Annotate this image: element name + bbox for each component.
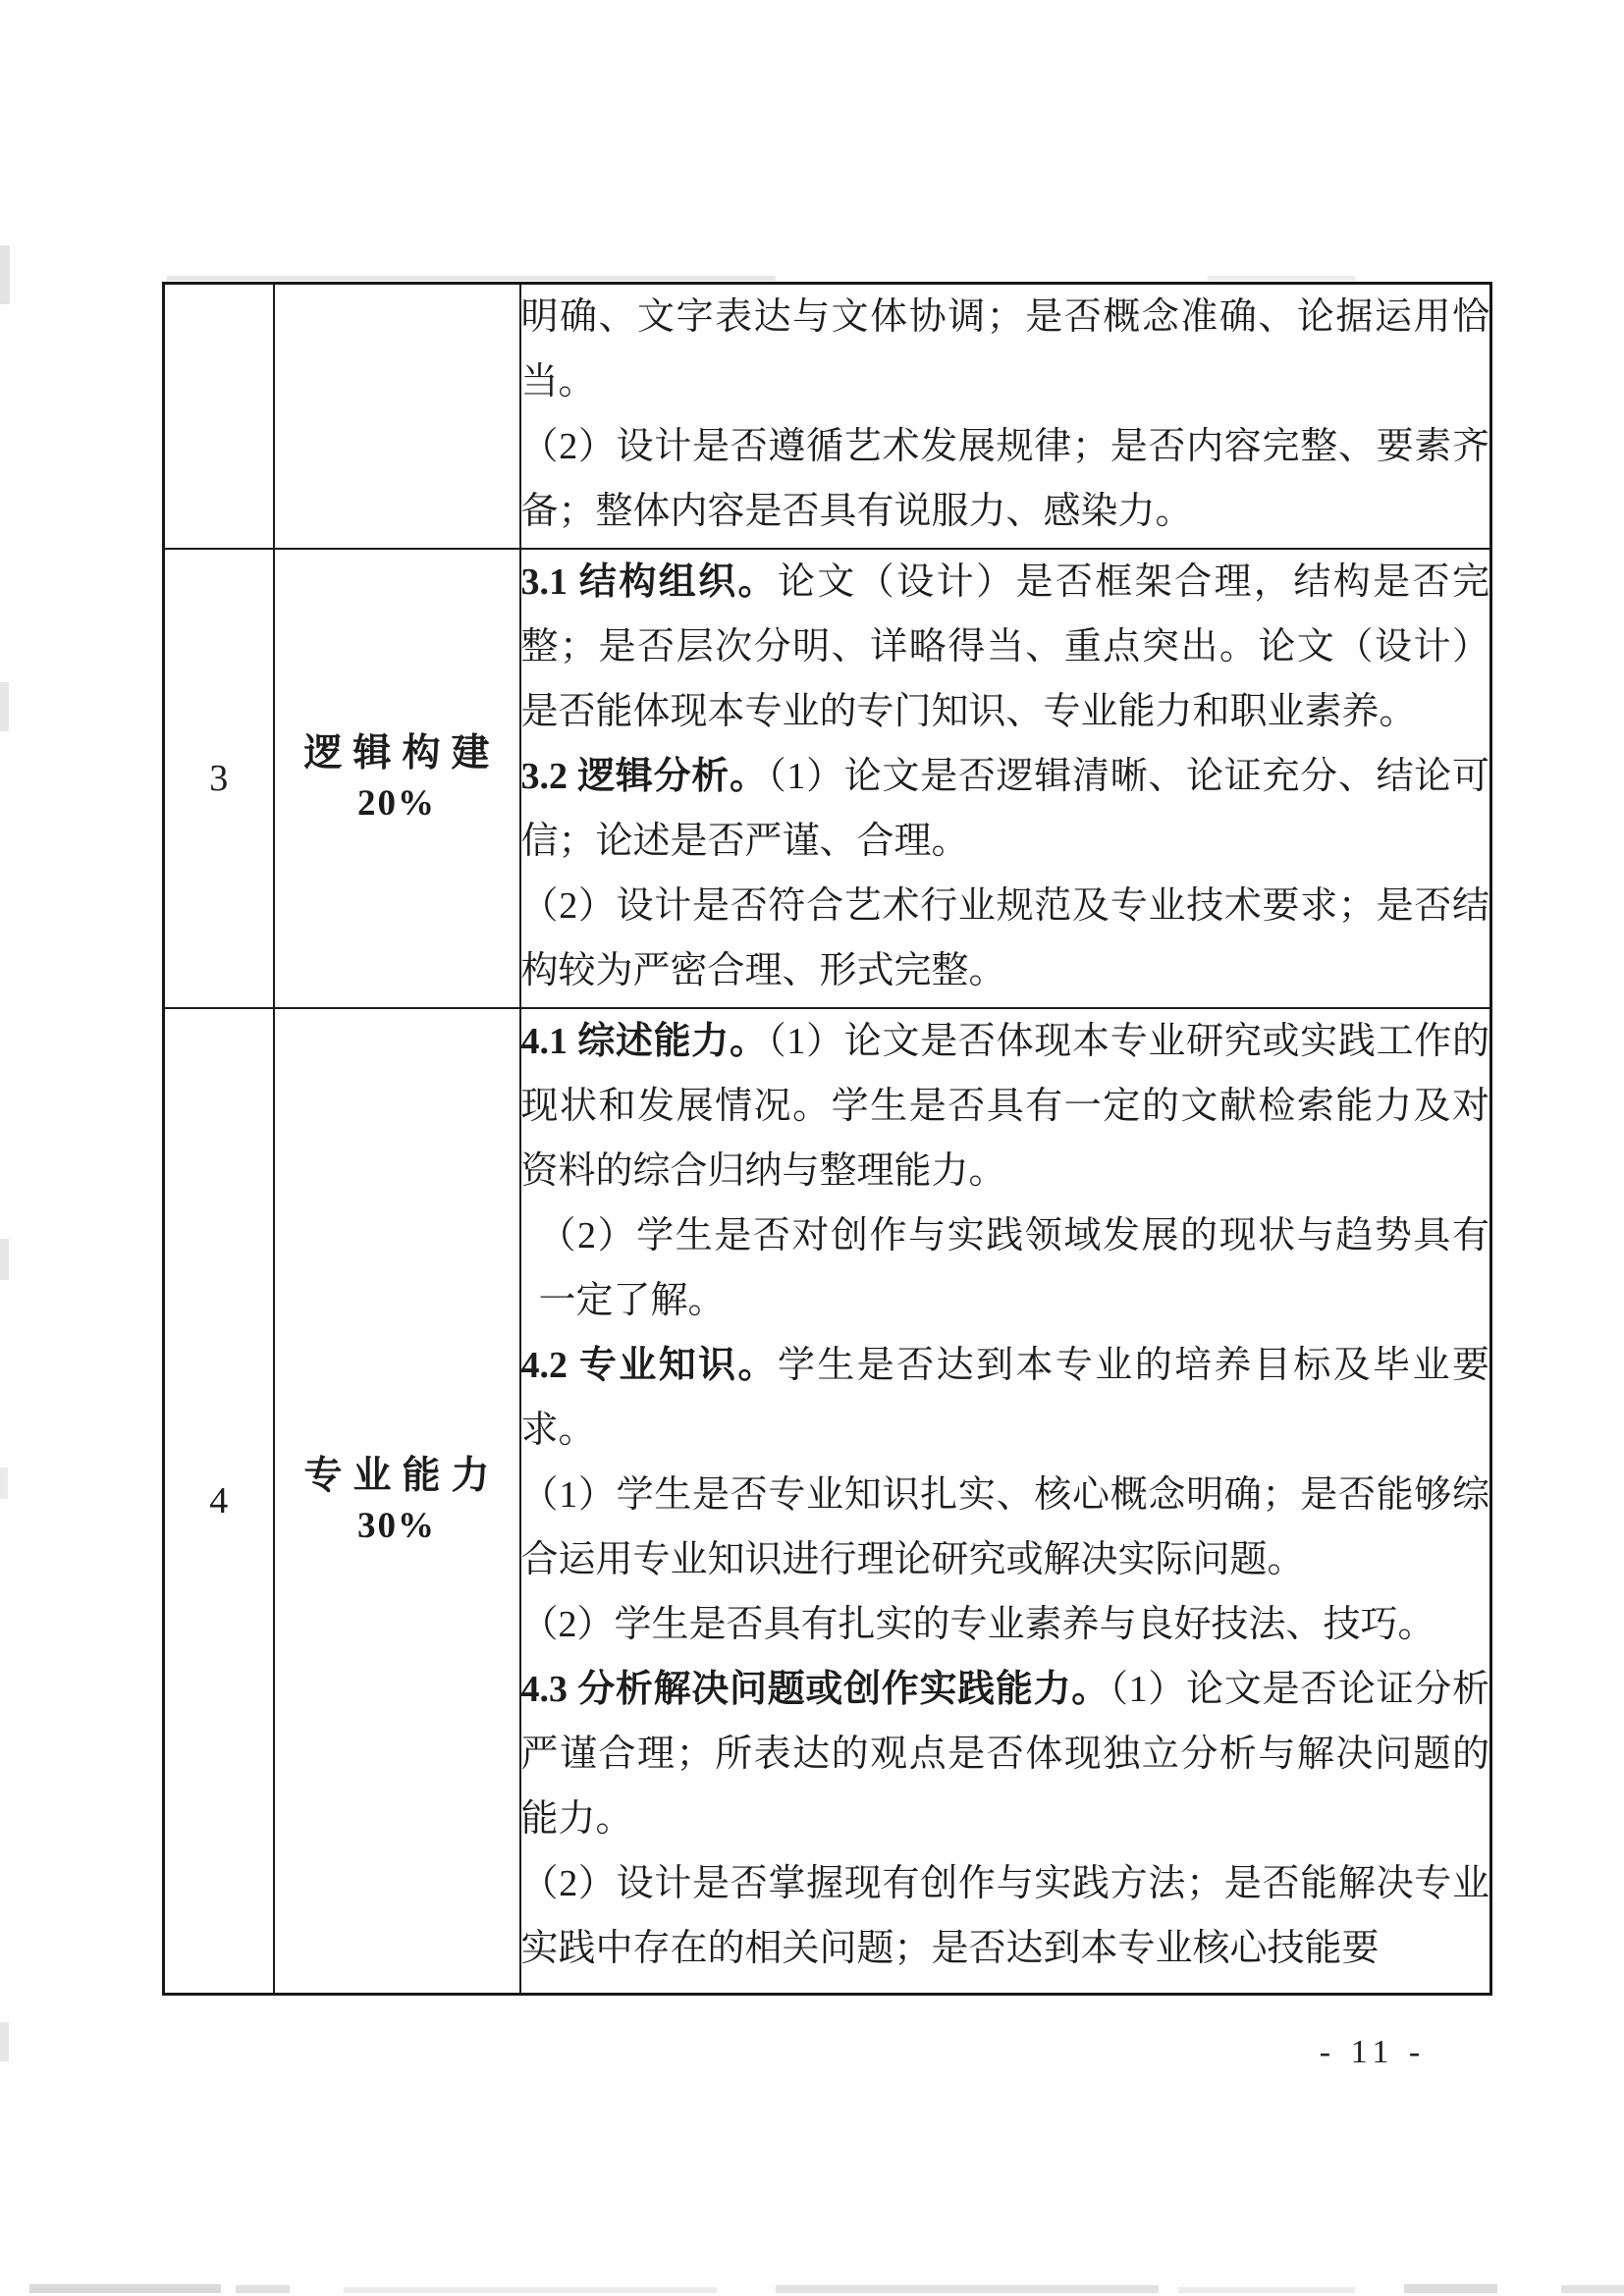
criteria-paragraph: 明确、文字表达与文体协调；是否概念准确、论据运用恰当。 (521, 285, 1490, 414)
scan-artifact (1404, 2284, 1497, 2293)
scan-artifact (29, 2284, 221, 2293)
category-cell: 专业能力 30% (274, 1008, 520, 1995)
category-weight: 20% (275, 779, 519, 828)
criteria-paragraph: （1）学生是否专业知识扎实、核心概念明确；是否能够综合运用专业知识进行理论研究或… (521, 1463, 1490, 1592)
criteria-paragraph: 3.1 结构组织。论文（设计）是否框架合理，结构是否完整；是否层次分明、详略得当… (521, 550, 1490, 744)
scan-artifact (167, 276, 776, 281)
scan-artifact (236, 2285, 290, 2293)
scan-artifact (1178, 2287, 1355, 2293)
scan-artifact (0, 1239, 9, 1280)
criteria-paragraph: 3.2 逻辑分析。（1）论文是否逻辑清晰、论证充分、结论可信；论述是否严谨、合理… (521, 744, 1490, 874)
document-page: 明确、文字表达与文体协调；是否概念准确、论据运用恰当。（2）设计是否遵循艺术发展… (0, 0, 1624, 2296)
table-row: 明确、文字表达与文体协调；是否概念准确、论据运用恰当。（2）设计是否遵循艺术发展… (164, 284, 1491, 549)
scan-artifact (1561, 2285, 1624, 2293)
page-number: - 11 - (1294, 2034, 1451, 2071)
criteria-paragraph: （2）设计是否掌握现有创作与实践方法；是否能解决专业实践中存在的相关问题；是否达… (521, 1851, 1490, 1981)
criteria-text-run: （2）设计是否符合艺术行业规范及专业技术要求；是否结构较为严密合理、形式完整。 (521, 885, 1490, 991)
criteria-text-run: （2）设计是否掌握现有创作与实践方法；是否能解决专业实践中存在的相关问题；是否达… (521, 1863, 1490, 1969)
criteria-heading-run: 4.2 专业知识。 (521, 1345, 778, 1386)
row-number-cell: 3 (164, 549, 274, 1008)
criteria-cell: 明确、文字表达与文体协调；是否概念准确、论据运用恰当。（2）设计是否遵循艺术发展… (520, 284, 1491, 549)
scan-artifact (0, 682, 9, 731)
criteria-paragraph: （2）设计是否遵循艺术发展规律；是否内容完整、要素齐备；整体内容是否具有说服力、… (521, 414, 1490, 544)
criteria-paragraph: （2）设计是否符合艺术行业规范及专业技术要求；是否结构较为严密合理、形式完整。 (521, 874, 1490, 1003)
criteria-text-run: （1）学生是否专业知识扎实、核心概念明确；是否能够综合运用专业知识进行理论研究或… (521, 1474, 1490, 1580)
table-row: 4 专业能力 30% 4.1 综述能力。（1）论文是否体现本专业研究或实践工作的… (164, 1008, 1491, 1995)
criteria-paragraph: （2）学生是否对创作与实践领域发展的现状与趋势具有一定了解。 (521, 1203, 1490, 1333)
criteria-text-run: 明确、文字表达与文体协调；是否概念准确、论据运用恰当。 (521, 296, 1490, 402)
criteria-cell: 3.1 结构组织。论文（设计）是否框架合理，结构是否完整；是否层次分明、详略得当… (520, 549, 1491, 1008)
scan-artifact (0, 1468, 8, 1499)
criteria-paragraph: 4.2 专业知识。学生是否达到本专业的培养目标及毕业要求。 (521, 1333, 1490, 1463)
criteria-paragraph: （2）学生是否具有扎实的专业素养与良好技法、技巧。 (521, 1592, 1490, 1657)
criteria-heading-run: 4.1 综述能力。 (521, 1021, 768, 1062)
criteria-heading-run: 4.3 分析解决问题或创作实践能力。 (521, 1669, 1110, 1710)
category-weight: 30% (275, 1502, 519, 1551)
scan-artifact (1208, 276, 1355, 281)
category-label: 专业能力 (275, 1451, 519, 1502)
category-cell: 逻辑构建 20% (274, 549, 520, 1008)
category-cell (274, 284, 520, 549)
criteria-heading-run: 3.1 结构组织。 (521, 561, 778, 603)
criteria-paragraph: 4.1 综述能力。（1）论文是否体现本专业研究或实践工作的现状和发展情况。学生是… (521, 1009, 1490, 1203)
row-number-cell: 4 (164, 1008, 274, 1995)
scan-artifact (776, 2285, 1159, 2293)
criteria-cell: 4.1 综述能力。（1）论文是否体现本专业研究或实践工作的现状和发展情况。学生是… (520, 1008, 1491, 1995)
scan-artifact (344, 2287, 717, 2293)
criteria-text-run: （2）学生是否具有扎实的专业素养与良好技法、技巧。 (521, 1604, 1435, 1645)
criteria-heading-run: 3.2 逻辑分析。 (521, 756, 768, 797)
evaluation-criteria-table: 明确、文字表达与文体协调；是否概念准确、论据运用恰当。（2）设计是否遵循艺术发展… (162, 282, 1492, 1996)
scan-artifact (0, 2022, 9, 2061)
category-label: 逻辑构建 (275, 728, 519, 779)
criteria-text-run: （2）学生是否对创作与实践领域发展的现状与趋势具有一定了解。 (539, 1215, 1490, 1321)
scan-artifact (0, 245, 10, 304)
row-number-cell (164, 284, 274, 549)
criteria-text-run: （2）设计是否遵循艺术发展规律；是否内容完整、要素齐备；整体内容是否具有说服力、… (521, 426, 1490, 532)
table-row: 3 逻辑构建 20% 3.1 结构组织。论文（设计）是否框架合理，结构是否完整；… (164, 549, 1491, 1008)
criteria-paragraph: 4.3 分析解决问题或创作实践能力。（1）论文是否论证分析严谨合理；所表达的观点… (521, 1657, 1490, 1851)
